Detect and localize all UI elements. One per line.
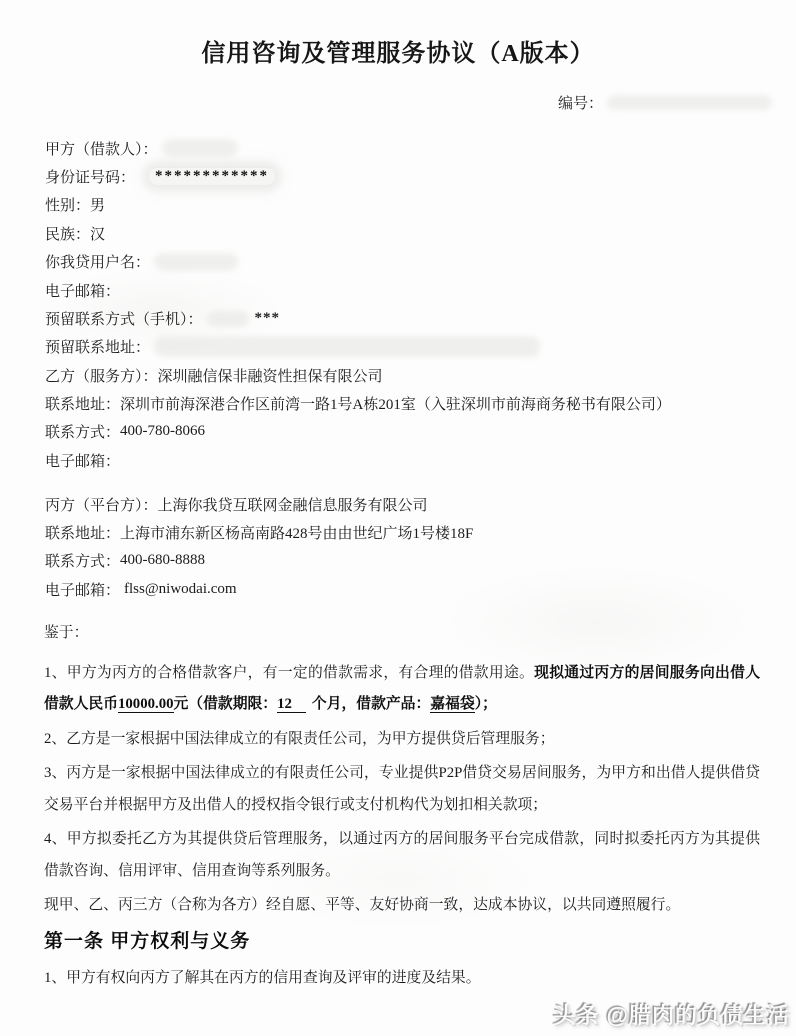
party-c-name-line: 丙方（平台方）： 上海你我贷互联网金融信息服务有限公司 <box>45 490 473 518</box>
party-a-phone-masked-value: *** <box>255 310 281 327</box>
party-a-id-line: 身份证号码： ************ <box>45 162 540 190</box>
party-a-ethnicity-line: 民族： 汉 <box>45 219 540 247</box>
party-a-email-label: 电子邮箱： <box>45 280 120 301</box>
party-b-address-label: 联系地址： <box>45 393 120 414</box>
party-b-address-value: 深圳市前海深港合作区前湾一路1号A栋201室（入驻深圳市前海商务秘书有限公司） <box>120 393 671 414</box>
recital-clause-2: 2、乙方是一家根据中国法律成立的有限责任公司，为甲方提供贷后管理服务； <box>44 724 760 756</box>
party-a-username-line: 你我贷用户名： <box>45 248 540 276</box>
party-a-id-masked-value: ************ <box>149 168 275 185</box>
party-a-username-redaction <box>154 253 238 271</box>
party-b-name-line: 乙方（服务方）： 深圳融信保非融资性担保有限公司 <box>45 361 671 389</box>
party-c-name-value: 上海你我贷互联网金融信息服务有限公司 <box>158 494 428 515</box>
party-a-ethnicity-value: 汉 <box>90 223 105 244</box>
party-b-name-value: 深圳融信保非融资性担保有限公司 <box>158 365 383 386</box>
toutiao-watermark: 头条 @腊肉的负债生活 <box>553 999 790 1030</box>
party-c-name-label: 丙方（平台方）： <box>45 494 158 515</box>
clause1-bold-mid1: 元（借款期限： <box>174 696 278 712</box>
agreement-document-page: 信用咨询及管理服务协议（A版本） 编号： 甲方（借款人）： 身份证号码： ***… <box>0 0 796 1036</box>
party-a-phone-line: 预留联系方式（手机）： *** <box>45 304 540 332</box>
loan-amount-value: 10000.00 <box>118 696 174 713</box>
document-number-label: 编号： <box>558 92 603 113</box>
party-b-phone-line: 联系方式： 400-780-8066 <box>45 418 671 446</box>
party-b-name-label: 乙方（服务方）： <box>45 365 158 386</box>
party-c-phone-label: 联系方式： <box>45 550 120 571</box>
clause1-normal-text: 1、甲方为丙方的合格借款客户，有一定的借款需求，有合理的借款用途。 <box>44 665 534 681</box>
party-b-phone-value: 400-780-8066 <box>120 423 205 440</box>
party-c-email-label: 电子邮箱： <box>45 579 120 600</box>
party-a-phone-redaction <box>207 311 249 327</box>
party-a-username-label: 你我贷用户名： <box>45 251 150 272</box>
party-b-email-line: 电子邮箱： <box>45 446 671 474</box>
article-1-item-1: 1、甲方有权向丙方了解其在丙方的信用查询及评审的进度及结果。 <box>44 963 760 995</box>
party-a-gender-label: 性别： <box>45 194 90 215</box>
party-c-email-line: 电子邮箱： flss@niwodai.com <box>45 575 473 603</box>
recitals-closing: 现甲、乙、丙三方（合称为各方）经自愿、平等、友好协商一致，达成本协议，以共同遵照… <box>44 890 760 922</box>
party-a-gender-value: 男 <box>90 194 105 215</box>
recital-clause-4: 4、甲方拟委托乙方为其提供贷后管理服务，以通过丙方的居间服务平台完成借款，同时拟… <box>44 824 760 887</box>
party-c-section: 丙方（平台方）： 上海你我贷互联网金融信息服务有限公司 联系地址： 上海市浦东新… <box>45 490 473 604</box>
party-c-email-value: flss@niwodai.com <box>124 581 237 598</box>
party-c-phone-line: 联系方式： 400-680-8888 <box>45 547 473 575</box>
party-c-phone-value: 400-680-8888 <box>120 552 205 569</box>
clause1-bold-mid2: 个月，借款产品： <box>312 696 430 712</box>
recitals-section: 鉴于： 1、甲方为丙方的合格借款客户，有一定的借款需求，有合理的借款用途。现拟通… <box>44 618 760 998</box>
party-a-email-line: 电子邮箱： <box>45 276 540 304</box>
document-title: 信用咨询及管理服务协议（A版本） <box>0 33 796 68</box>
party-b-section: 乙方（服务方）： 深圳融信保非融资性担保有限公司 联系地址： 深圳市前海深港合作… <box>45 361 671 475</box>
party-a-address-redaction <box>154 336 540 357</box>
whereas-label: 鉴于： <box>44 618 760 650</box>
recital-clause-1: 1、甲方为丙方的合格借款客户，有一定的借款需求，有合理的借款用途。现拟通过丙方的… <box>44 658 760 721</box>
party-a-address-line: 预留联系地址： <box>45 333 540 361</box>
party-c-address-label: 联系地址： <box>45 522 120 543</box>
party-a-gender-line: 性别： 男 <box>45 191 540 219</box>
party-a-section: 甲方（借款人）： 身份证号码： ************ 性别： 男 民族： 汉… <box>45 134 540 361</box>
party-a-ethnicity-label: 民族： <box>45 223 90 244</box>
party-a-name-label: 甲方（借款人）： <box>45 138 158 159</box>
party-a-name-redaction <box>162 139 238 157</box>
recital-clause-3: 3、丙方是一家根据中国法律成立的有限责任公司，专业提供P2P借贷交易居间服务，为… <box>44 758 760 821</box>
loan-term-value: 12 <box>277 696 306 713</box>
party-a-address-label: 预留联系地址： <box>45 336 150 357</box>
loan-product-value: 嘉福袋 <box>430 696 474 713</box>
party-c-address-line: 联系地址： 上海市浦东新区杨高南路428号由由世纪广场1号楼18F <box>45 518 473 546</box>
clause1-bold-end: ）； <box>475 696 497 712</box>
party-c-address-value: 上海市浦东新区杨高南路428号由由世纪广场1号楼18F <box>120 522 473 543</box>
party-a-id-label: 身份证号码： <box>45 166 135 187</box>
party-b-address-line: 联系地址： 深圳市前海深港合作区前湾一路1号A栋201室（入驻深圳市前海商务秘书… <box>45 389 671 417</box>
article-1-heading: 第一条 甲方权利与义务 <box>44 926 760 958</box>
party-b-phone-label: 联系方式： <box>45 421 120 442</box>
document-number-redaction <box>607 95 772 110</box>
document-number-row: 编号： <box>558 92 772 113</box>
party-a-phone-label: 预留联系方式（手机）： <box>45 308 203 329</box>
party-b-email-label: 电子邮箱： <box>45 450 120 471</box>
party-a-name-line: 甲方（借款人）： <box>45 134 540 162</box>
